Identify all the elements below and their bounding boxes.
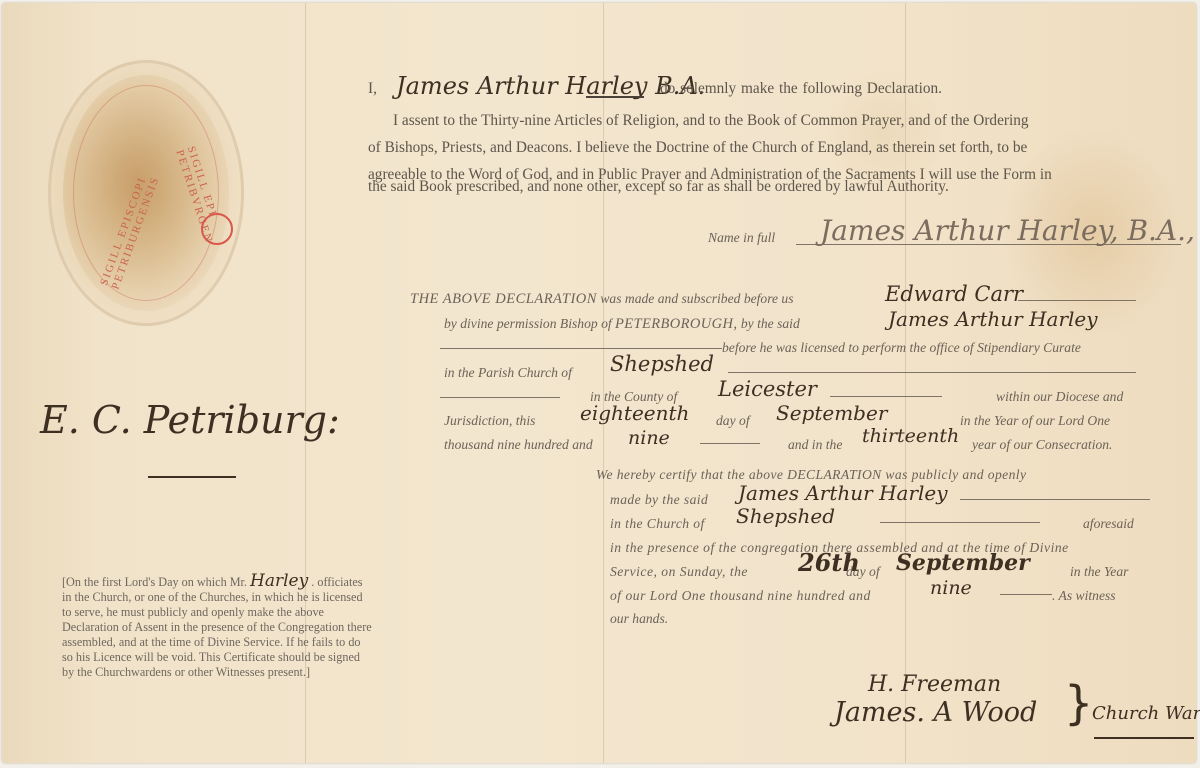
declarant-name: James Arthur Harley B.A. — [396, 72, 705, 100]
year-of-lord-text: in the Year of our Lord One — [960, 413, 1110, 429]
blank-line — [728, 372, 1136, 373]
aforesaid-text: aforesaid — [1083, 516, 1134, 532]
consecration-text: year of our Consecration. — [972, 437, 1112, 453]
subscription-text: was made and subscribed before us — [600, 291, 793, 306]
declaration-line-4: the said Book prescribed, and none other… — [368, 177, 949, 197]
certificate-church-handwritten: Shepshed — [736, 504, 835, 528]
intro-prefix: I, — [368, 80, 377, 98]
in-the-text: and in the — [788, 437, 842, 453]
as-witness-text: . As witness — [1052, 588, 1116, 604]
year-handwritten: nine — [628, 427, 670, 449]
subscriber-name-handwritten: James Arthur Harley — [888, 307, 1098, 331]
name-in-full-signature: James Arthur Harley, B.A., BB — [820, 214, 1200, 247]
thousand-text: thousand nine hundred and — [444, 437, 593, 453]
blank-line — [960, 499, 1150, 500]
certificate-name-handwritten: James Arthur Harley — [738, 481, 948, 505]
service-label: Service, on Sunday, the — [610, 564, 748, 580]
consecration-year-handwritten: thirteenth — [862, 425, 959, 447]
parish-handwritten: Shepshed — [610, 352, 714, 376]
instruction-note: [On the first Lord's Day on which Mr. Ha… — [62, 574, 372, 680]
note-prefix: [On the first Lord's Day on which Mr. — [62, 575, 247, 589]
made-by-label: made by the said — [610, 492, 708, 508]
certificate-month-handwritten: September — [896, 550, 1030, 576]
name-in-full-label: Name in full — [708, 230, 775, 246]
blank-line — [440, 397, 560, 398]
subscription-line-2: by divine permission Bishop of PETERBORO… — [444, 316, 800, 333]
witness-signature-1: H. Freeman — [868, 672, 1001, 697]
above-declaration-heading: THE ABOVE DECLARATION — [410, 291, 597, 307]
diocese-text: within our Diocese and — [996, 389, 1123, 405]
brace-icon: } — [1064, 676, 1093, 730]
jurisdiction-label: Jurisdiction, this — [444, 413, 535, 429]
witness-signature-2: James. A Wood — [834, 697, 1037, 728]
our-hands-text: our hands. — [610, 611, 668, 627]
church-of-label: in the Church of — [610, 516, 705, 532]
bishop-signature: E. C. Petriburg: — [40, 398, 340, 442]
subscription-line-1: THE ABOVE DECLARATION was made and subsc… — [410, 291, 794, 308]
certificate-day-of-label: day of — [846, 564, 880, 580]
in-the-year-text: in the Year — [1070, 564, 1128, 580]
blank-line — [880, 522, 1040, 523]
licensed-text: before he was licensed to perform the of… — [722, 340, 1081, 356]
note-name-handwritten: Harley — [250, 571, 308, 591]
blank-line — [440, 348, 722, 349]
bishop-name-handwritten: Edward Carr — [885, 282, 1023, 306]
certificate-line-6: of our Lord One thousand nine hundred an… — [610, 588, 871, 604]
blank-line — [586, 96, 644, 98]
day-handwritten: eighteenth — [580, 401, 689, 425]
certificate-year-handwritten: nine — [930, 577, 972, 599]
subscription-text: by the said — [741, 316, 800, 331]
blank-line — [1000, 594, 1052, 595]
day-of-label: day of — [716, 413, 750, 429]
subscription-text: by divine permission Bishop of — [444, 316, 612, 331]
blank-line — [1018, 300, 1136, 301]
county-handwritten: Leicester — [718, 377, 817, 401]
diocese-name: PETERBOROUGH, — [615, 316, 737, 332]
signature-underline — [148, 476, 236, 478]
declaration-line-2: of Bishops, Priests, and Deacons. I beli… — [368, 134, 1027, 161]
parish-label: in the Parish Church of — [444, 365, 572, 381]
declaration-line-1: I assent to the Thirty-nine Articles of … — [393, 107, 1029, 134]
intro-suffix: do solemnly make the following Declarati… — [660, 80, 942, 98]
churchwardens-label: Church Wardens — [1092, 703, 1200, 724]
churchwardens-underline — [1094, 737, 1194, 739]
blank-line — [830, 396, 942, 397]
blank-line — [700, 443, 760, 444]
note-body: . officiates in the Church, or one of th… — [62, 575, 372, 679]
month-handwritten: September — [776, 401, 887, 425]
episcopal-seal: SIGILL EPISCOPI PETRIBURGENSIS SIGILL EP… — [48, 60, 244, 326]
